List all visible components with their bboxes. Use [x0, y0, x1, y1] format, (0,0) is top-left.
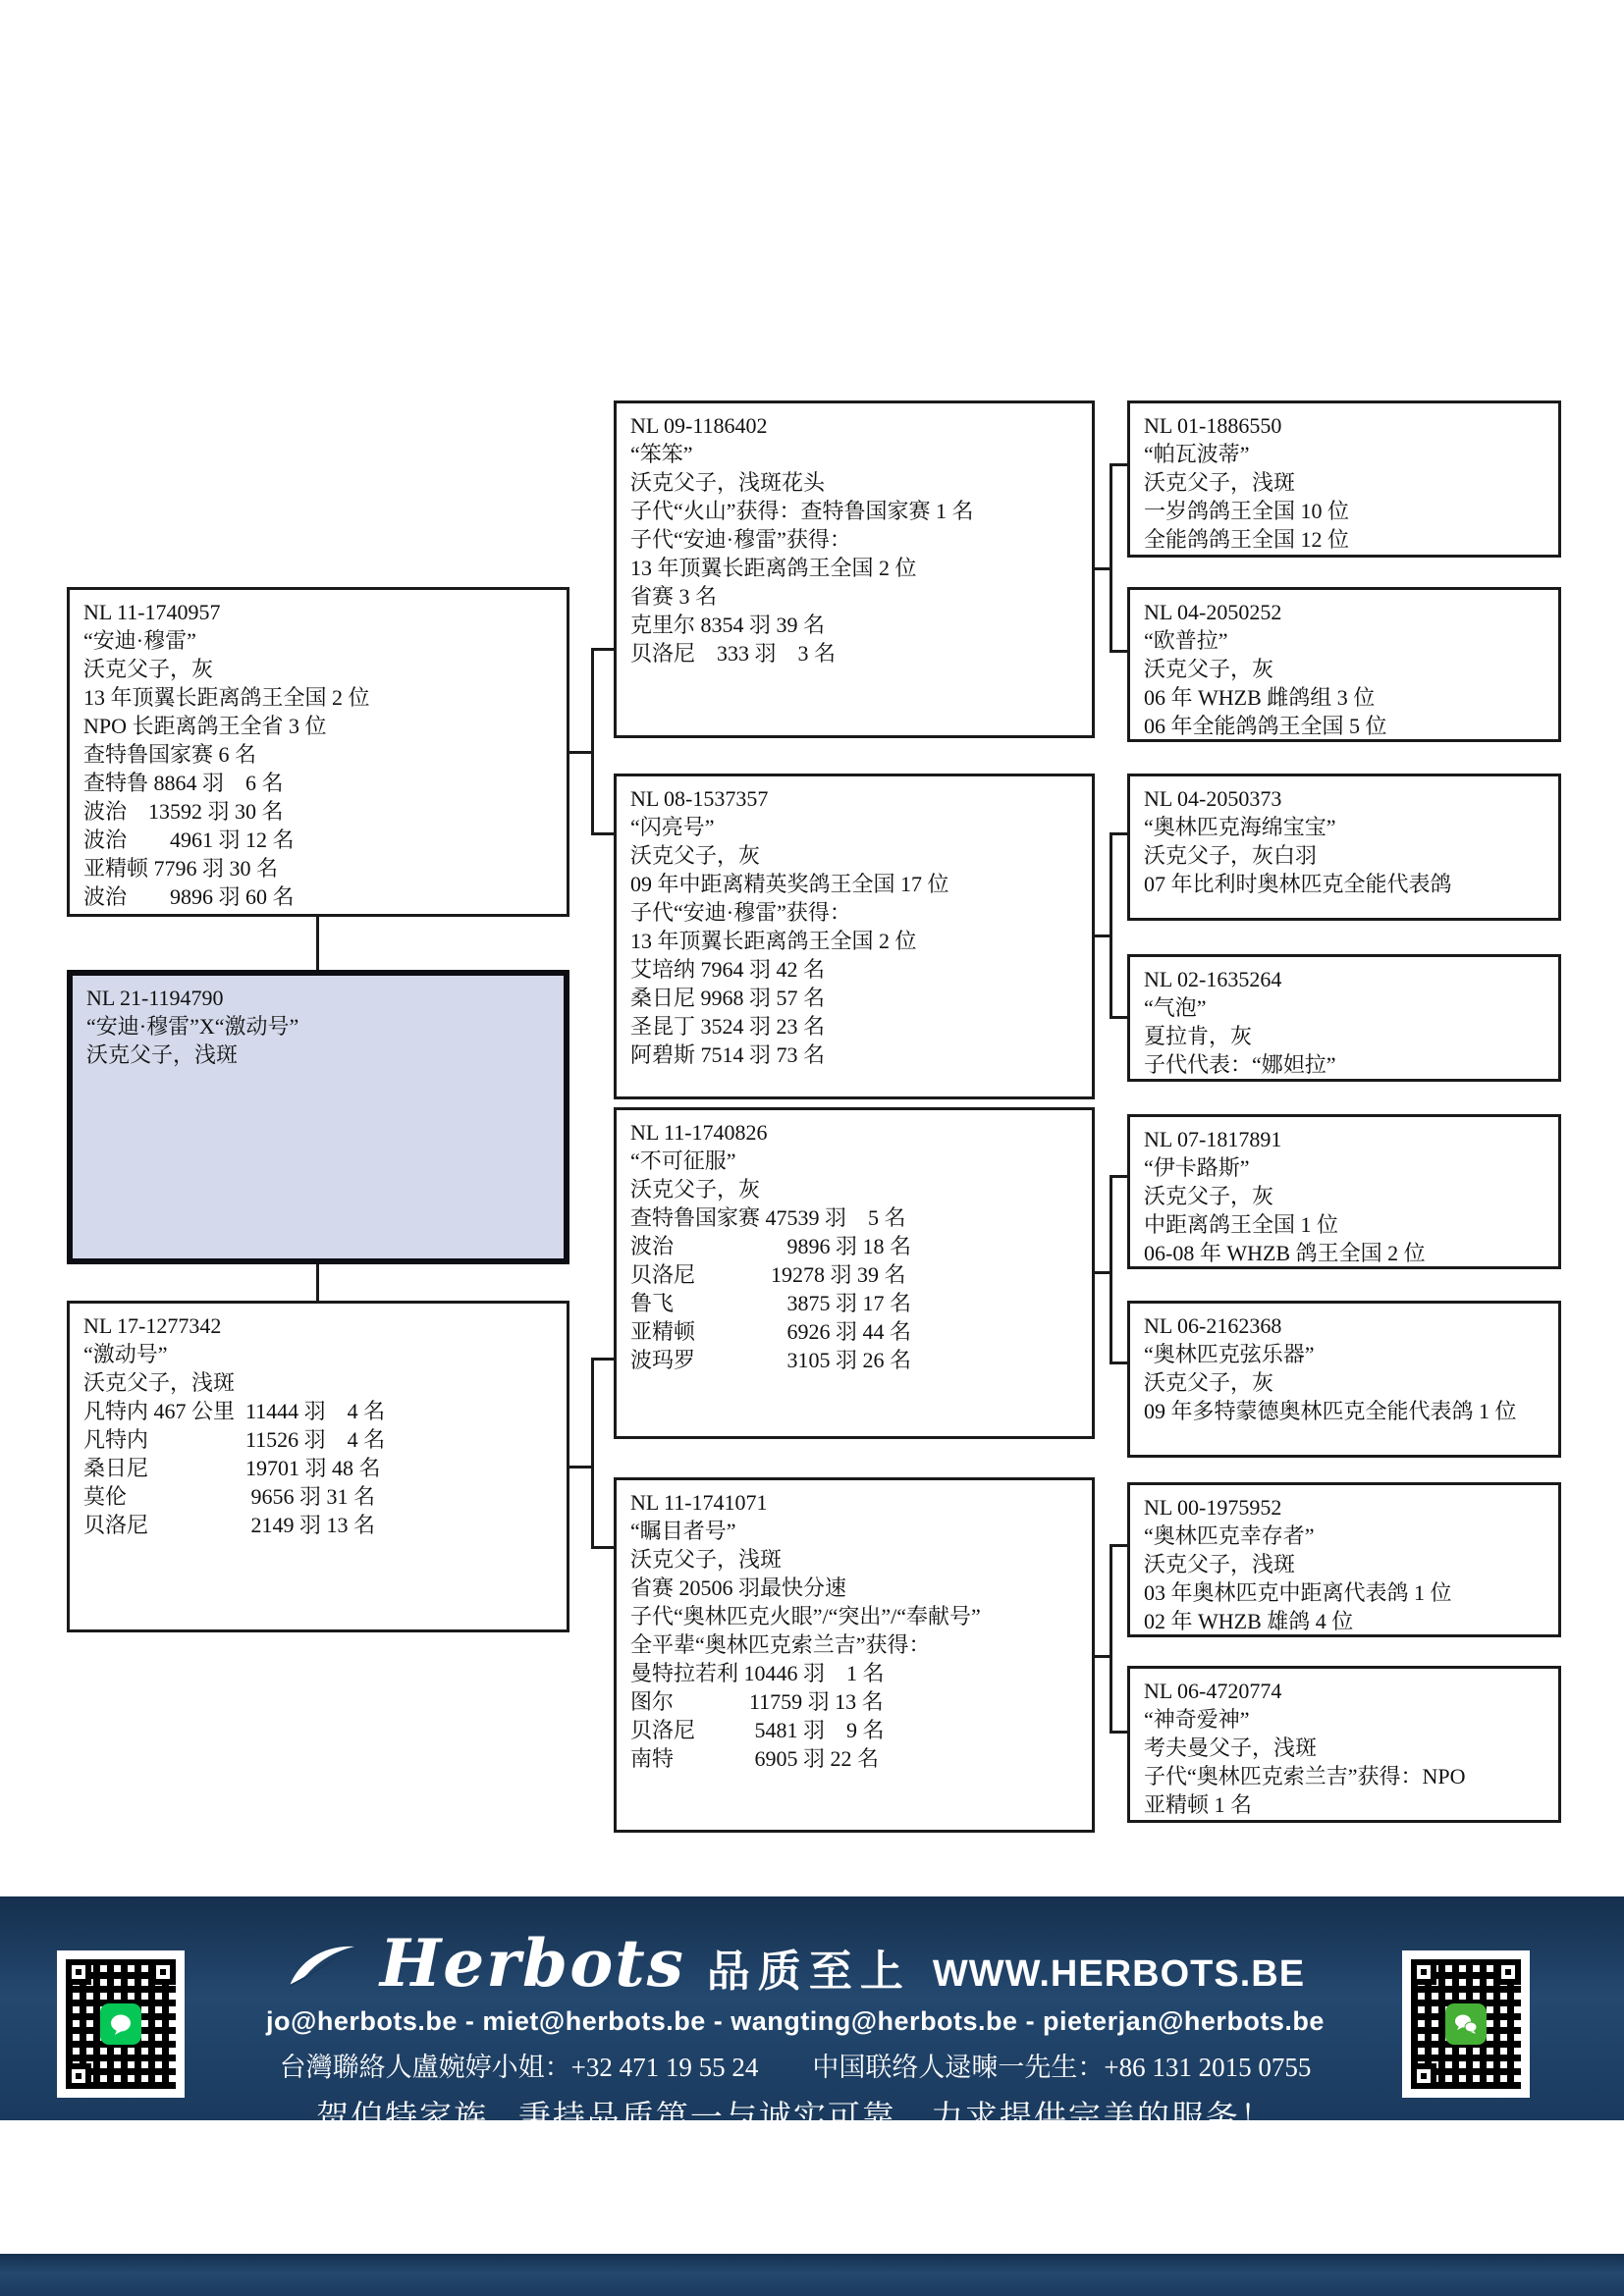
- pedigree-box-ggp-2: NL 04-2050252“欧普拉”沃克父子，灰06 年 WHZB 雌鸽组 3 …: [1127, 587, 1561, 742]
- box-line: “奥林匹克幸存者”: [1144, 1522, 1544, 1550]
- website-link[interactable]: WWW.HERBOTS.BE: [933, 1953, 1305, 1996]
- connector-line: [1110, 1016, 1127, 1019]
- connector-line: [1110, 832, 1127, 835]
- box-line: 考夫曼父子，浅斑: [1144, 1734, 1544, 1762]
- line-icon: [100, 2003, 141, 2045]
- wechat-icon: [1445, 2003, 1487, 2045]
- connector-line: [1110, 1175, 1127, 1178]
- box-line: NL 04-2050252: [1144, 598, 1544, 626]
- box-line: 查特鲁 8864 羽 6 名: [83, 769, 553, 797]
- contact-taiwan: 台灣聯絡人盧婉婷小姐：+32 471 19 55 24: [280, 2046, 759, 2084]
- box-line: 子代“奥林匹克火眼”/“突出”/“奉献号”: [630, 1602, 1078, 1630]
- qr-finder: [1411, 2063, 1436, 2089]
- box-line: 沃克父子，灰: [1144, 1368, 1544, 1397]
- box-line: NL 17-1277342: [83, 1311, 553, 1340]
- box-line: NL 06-4720774: [1144, 1677, 1544, 1705]
- box-line: 沃克父子，灰: [1144, 655, 1544, 683]
- box-line: 圣昆丁 3524 羽 23 名: [630, 1012, 1078, 1041]
- brand-tagline: 品质至上: [707, 1936, 911, 1999]
- box-line: “瞩目者号”: [630, 1517, 1078, 1545]
- box-line: 沃克父子，灰: [1144, 1182, 1544, 1210]
- box-line: 13 年顶翼长距离鸽王全国 2 位: [630, 554, 1078, 582]
- box-line: 沃克父子，浅斑: [1144, 1550, 1544, 1578]
- box-line: 沃克父子，浅斑: [86, 1041, 550, 1069]
- box-line: 阿碧斯 7514 羽 73 名: [630, 1041, 1078, 1069]
- box-line: “伊卡路斯”: [1144, 1153, 1544, 1182]
- box-line: 亚精顿 1 名: [1144, 1790, 1544, 1819]
- wechat-qr-code: [1402, 1950, 1530, 2098]
- box-line: 克里尔 8354 羽 39 名: [630, 611, 1078, 639]
- box-line: NL 04-2050373: [1144, 784, 1544, 813]
- box-line: 沃克父子，灰: [630, 841, 1078, 870]
- box-line: 06-08 年 WHZB 鸽王全国 2 位: [1144, 1239, 1544, 1267]
- box-line: 全平辈“奥林匹克索兰吉”获得：: [630, 1630, 1078, 1659]
- box-line: NL 08-1537357: [630, 784, 1078, 813]
- box-line: “欧普拉”: [1144, 626, 1544, 655]
- box-line: 09 年中距离精英奖鸽王全国 17 位: [630, 870, 1078, 898]
- box-line: NPO 长距离鸽王全省 3 位: [83, 712, 553, 740]
- box-line: 亚精顿 7796 羽 30 名: [83, 854, 553, 882]
- box-line: 沃克父子，浅斑: [83, 1368, 553, 1397]
- box-line: “笨笨”: [630, 440, 1078, 468]
- contact-china: 中国联络人逯暕一先生：+86 131 2015 0755: [812, 2046, 1311, 2084]
- connector-line: [1110, 832, 1112, 1019]
- connector-line: [591, 1546, 614, 1549]
- box-line: 图尔 11759 羽 13 名: [630, 1687, 1078, 1716]
- box-line: 贝洛尼 5481 羽 9 名: [630, 1716, 1078, 1744]
- box-line: “奥林匹克弦乐器”: [1144, 1340, 1544, 1368]
- box-line: “激动号”: [83, 1340, 553, 1368]
- box-line: 全能鸽鸽王全国 12 位: [1144, 525, 1544, 554]
- footer-banner: Herbots 品质至上 WWW.HERBOTS.BE jo@herbots.b…: [0, 1896, 1624, 2120]
- pedigree-page: NL 11-1740957“安迪·穆雷”沃克父子，灰13 年顶翼长距离鸽王全国 …: [0, 0, 1624, 2296]
- pedigree-box-granddam-1: NL 08-1537357“闪亮号”沃克父子，灰09 年中距离精英奖鸽王全国 1…: [614, 774, 1095, 1099]
- box-line: 南特 6905 羽 22 名: [630, 1744, 1078, 1773]
- connector-line: [1110, 1544, 1127, 1547]
- connector-line: [591, 832, 614, 835]
- box-line: 06 年 WHZB 雌鸽组 3 位: [1144, 683, 1544, 712]
- box-line: “安迪·穆雷”: [83, 626, 553, 655]
- box-line: 09 年多特蒙德奥林匹克全能代表鸽 1 位: [1144, 1397, 1544, 1425]
- pedigree-box-granddam-2: NL 11-1741071“瞩目者号”沃克父子，浅斑省赛 20506 羽最快分速…: [614, 1477, 1095, 1833]
- box-line: 07 年比利时奥林匹克全能代表鸽: [1144, 870, 1544, 898]
- box-line: 一岁鸽鸽王全国 10 位: [1144, 497, 1544, 525]
- box-line: 沃克父子，浅斑: [630, 1545, 1078, 1574]
- connector-line: [591, 1358, 614, 1361]
- box-line: 子代“安迪·穆雷”获得：: [630, 898, 1078, 927]
- box-line: 沃克父子，灰: [83, 655, 553, 683]
- footer-emails[interactable]: jo@herbots.be - miet@herbots.be - wangti…: [206, 2006, 1384, 2037]
- pedigree-box-ggp-7: NL 00-1975952“奥林匹克幸存者”沃克父子，浅斑03 年奥林匹克中距离…: [1127, 1482, 1561, 1637]
- box-line: 凡特内 467 公里 11444 羽 4 名: [83, 1397, 553, 1425]
- box-line: 曼特拉若利 10446 羽 1 名: [630, 1659, 1078, 1687]
- box-line: 子代“安迪·穆雷”获得：: [630, 525, 1078, 554]
- box-line: 13 年顶翼长距离鸽王全国 2 位: [83, 683, 553, 712]
- connector-line: [316, 1264, 319, 1301]
- qr-pattern: [1411, 1959, 1521, 2089]
- box-line: 贝洛尼 333 羽 3 名: [630, 639, 1078, 667]
- footer-bottom-strip: [0, 2254, 1624, 2296]
- box-line: 中距离鸽王全国 1 位: [1144, 1210, 1544, 1239]
- box-line: “奥林匹克海绵宝宝”: [1144, 813, 1544, 841]
- box-line: 02 年 WHZB 雄鸽 4 位: [1144, 1607, 1544, 1635]
- box-line: 13 年顶翼长距离鸽王全国 2 位: [630, 927, 1078, 955]
- box-line: NL 01-1886550: [1144, 411, 1544, 440]
- box-line: 亚精顿 6926 羽 44 名: [630, 1317, 1078, 1346]
- box-line: “帕瓦波蒂”: [1144, 440, 1544, 468]
- box-line: “神奇爱神”: [1144, 1705, 1544, 1734]
- box-line: NL 11-1740957: [83, 598, 553, 626]
- box-line: 沃克父子，灰: [630, 1175, 1078, 1203]
- box-line: 贝洛尼 19278 羽 39 名: [630, 1260, 1078, 1289]
- qr-finder: [1495, 1959, 1521, 1985]
- box-line: “闪亮号”: [630, 813, 1078, 841]
- connector-line: [1110, 1544, 1112, 1734]
- box-line: 鲁飞 3875 羽 17 名: [630, 1289, 1078, 1317]
- connector-line: [591, 1358, 594, 1549]
- box-line: 沃克父子，灰白羽: [1144, 841, 1544, 870]
- box-line: NL 07-1817891: [1144, 1125, 1544, 1153]
- pedigree-box-father: NL 11-1740957“安迪·穆雷”沃克父子，灰13 年顶翼长距离鸽王全国 …: [67, 587, 569, 917]
- box-line: NL 11-1740826: [630, 1118, 1078, 1147]
- pedigree-box-subject: NL 21-1194790“安迪·穆雷”X“激动号”沃克父子，浅斑: [67, 970, 569, 1264]
- box-line: 桑日尼 9968 羽 57 名: [630, 984, 1078, 1012]
- box-line: 03 年奥林匹克中距离代表鸽 1 位: [1144, 1578, 1544, 1607]
- box-line: 子代“奥林匹克索兰吉”获得：NPO: [1144, 1762, 1544, 1790]
- box-line: “气泡”: [1144, 993, 1544, 1022]
- box-line: NL 21-1194790: [86, 984, 550, 1012]
- pedigree-box-ggp-1: NL 01-1886550“帕瓦波蒂”沃克父子，浅斑一岁鸽鸽王全国 10 位全能…: [1127, 400, 1561, 558]
- line-qr-code: [57, 1950, 185, 2098]
- connector-line: [591, 648, 614, 651]
- box-line: 波治 13592 羽 30 名: [83, 797, 553, 826]
- box-line: 凡特内 11526 羽 4 名: [83, 1425, 553, 1454]
- qr-finder: [150, 1959, 176, 1985]
- footer-slogan: 贺伯特家族...秉持品质第一与诚实可靠，力求提供完美的服务！: [206, 2092, 1384, 2138]
- pedigree-box-grandsire-2: NL 11-1740826“不可征服”沃克父子，灰查特鲁国家赛 47539 羽 …: [614, 1107, 1095, 1439]
- connector-line: [1110, 1175, 1112, 1364]
- box-line: NL 06-2162368: [1144, 1311, 1544, 1340]
- box-line: 沃克父子，浅斑: [1144, 468, 1544, 497]
- box-line: 波治 9896 羽 18 名: [630, 1232, 1078, 1260]
- brand-logo: Herbots: [380, 1934, 685, 1993]
- pedigree-box-ggp-3: NL 04-2050373“奥林匹克海绵宝宝”沃克父子，灰白羽07 年比利时奥林…: [1127, 774, 1561, 921]
- box-line: 艾培纳 7964 羽 42 名: [630, 955, 1078, 984]
- connector-line: [1110, 650, 1127, 653]
- box-line: “不可征服”: [630, 1147, 1078, 1175]
- box-line: 波治 4961 羽 12 名: [83, 826, 553, 854]
- box-line: NL 00-1975952: [1144, 1493, 1544, 1522]
- pedigree-box-ggp-8: NL 06-4720774“神奇爱神”考夫曼父子，浅斑子代“奥林匹克索兰吉”获得…: [1127, 1666, 1561, 1823]
- pedigree-box-ggp-4: NL 02-1635264“气泡”夏拉肯，灰子代代表：“娜妲拉”: [1127, 954, 1561, 1082]
- box-line: 子代代表：“娜妲拉”: [1144, 1050, 1544, 1079]
- box-line: 查特鲁国家赛 47539 羽 5 名: [630, 1203, 1078, 1232]
- connector-line: [1110, 1362, 1127, 1364]
- qr-pattern: [66, 1959, 176, 2089]
- box-line: 夏拉肯，灰: [1144, 1022, 1544, 1050]
- connector-line: [1110, 463, 1127, 466]
- pedigree-box-mother: NL 17-1277342“激动号”沃克父子，浅斑凡特内 467 公里 1144…: [67, 1301, 569, 1632]
- qr-finder: [66, 2063, 91, 2089]
- box-line: “安迪·穆雷”X“激动号”: [86, 1012, 550, 1041]
- pedigree-box-ggp-6: NL 06-2162368“奥林匹克弦乐器”沃克父子，灰09 年多特蒙德奥林匹克…: [1127, 1301, 1561, 1458]
- box-line: 波玛罗 3105 羽 26 名: [630, 1346, 1078, 1374]
- box-line: NL 11-1741071: [630, 1488, 1078, 1517]
- box-line: 省赛 3 名: [630, 582, 1078, 611]
- qr-finder: [1411, 1959, 1436, 1985]
- box-line: 06 年全能鸽鸽王全国 5 位: [1144, 712, 1544, 740]
- connector-line: [316, 917, 319, 970]
- pedigree-box-ggp-5: NL 07-1817891“伊卡路斯”沃克父子，灰中距离鸽王全国 1 位06-0…: [1127, 1114, 1561, 1269]
- box-line: 贝洛尼 2149 羽 13 名: [83, 1511, 553, 1539]
- box-line: 查特鲁国家赛 6 名: [83, 740, 553, 769]
- box-line: NL 09-1186402: [630, 411, 1078, 440]
- qr-finder: [66, 1959, 91, 1985]
- box-line: 莫伦 9656 羽 31 名: [83, 1482, 553, 1511]
- feather-icon: [286, 1941, 358, 1992]
- pedigree-box-grandsire-1: NL 09-1186402“笨笨”沃克父子，浅斑花头子代“火山”获得：查特鲁国家…: [614, 400, 1095, 738]
- box-line: 子代“火山”获得：查特鲁国家赛 1 名: [630, 497, 1078, 525]
- box-line: 桑日尼 19701 羽 48 名: [83, 1454, 553, 1482]
- connector-line: [1110, 1731, 1127, 1734]
- box-line: NL 02-1635264: [1144, 965, 1544, 993]
- connector-line: [591, 648, 594, 835]
- box-line: 省赛 20506 羽最快分速: [630, 1574, 1078, 1602]
- connector-line: [1110, 463, 1112, 653]
- box-line: 沃克父子，浅斑花头: [630, 468, 1078, 497]
- box-line: 波治 9896 羽 60 名: [83, 882, 553, 911]
